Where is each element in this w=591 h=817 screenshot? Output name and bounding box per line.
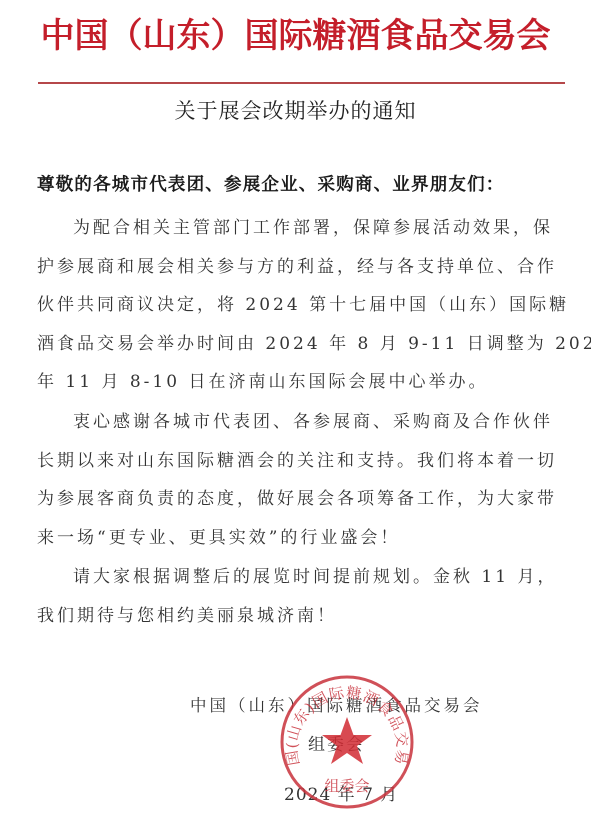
signature-date: 2024 年 7 月 bbox=[284, 780, 398, 805]
paragraph-2: 衷心感谢各城市代表团、各参展商、采购商及合作伙伴 长期以来对山东国际糖酒会的关注… bbox=[37, 403, 562, 557]
paragraph-line: 为配合相关主管部门工作部署，保障参展活动效果，保 bbox=[37, 209, 562, 248]
paragraph-line: 我们期待与您相约美丽泉城济南！ bbox=[37, 597, 562, 636]
paragraph-line: 酒食品交易会举办时间由 2024 年 8 月 9-11 日调整为 2024 bbox=[37, 325, 562, 364]
paragraph-line: 请大家根据调整后的展览时间提前规划。金秋 11 月， bbox=[37, 558, 562, 597]
paragraph-line: 护参展商和展会相关参与方的利益，经与各支持单位、合作 bbox=[37, 248, 562, 287]
salutation: 尊敬的各城市代表团、参展企业、采购商、业界朋友们： bbox=[37, 170, 567, 200]
paragraph-line: 年 11 月 8-10 日在济南山东国际会展中心举办。 bbox=[37, 363, 562, 402]
document-header-title: 中国（山东）国际糖酒食品交易会 bbox=[0, 12, 591, 60]
paragraph-line: 衷心感谢各城市代表团、各参展商、采购商及合作伙伴 bbox=[37, 403, 562, 442]
paragraph-1: 为配合相关主管部门工作部署，保障参展活动效果，保 护参展商和展会相关参与方的利益… bbox=[37, 209, 562, 402]
signature-organization: 中国（山东）国际糖酒食品交易会 bbox=[190, 692, 483, 716]
paragraph-line: 为参展客商负责的态度，做好展会各项筹备工作，为大家带 bbox=[37, 480, 562, 519]
header-divider bbox=[38, 82, 565, 84]
paragraph-3: 请大家根据调整后的展览时间提前规划。金秋 11 月， 我们期待与您相约美丽泉城济… bbox=[37, 558, 562, 635]
paragraph-line: 来一场“更专业、更具实效”的行业盛会！ bbox=[37, 519, 562, 558]
signature-committee: 组委会 bbox=[308, 730, 365, 755]
paragraph-line: 伙伴共同商议决定，将 2024 第十七届中国（山东）国际糖 bbox=[37, 286, 562, 325]
paragraph-line: 长期以来对山东国际糖酒会的关注和支持。我们将本着一切 bbox=[37, 442, 562, 481]
notice-subtitle: 关于展会改期举办的通知 bbox=[0, 96, 591, 126]
